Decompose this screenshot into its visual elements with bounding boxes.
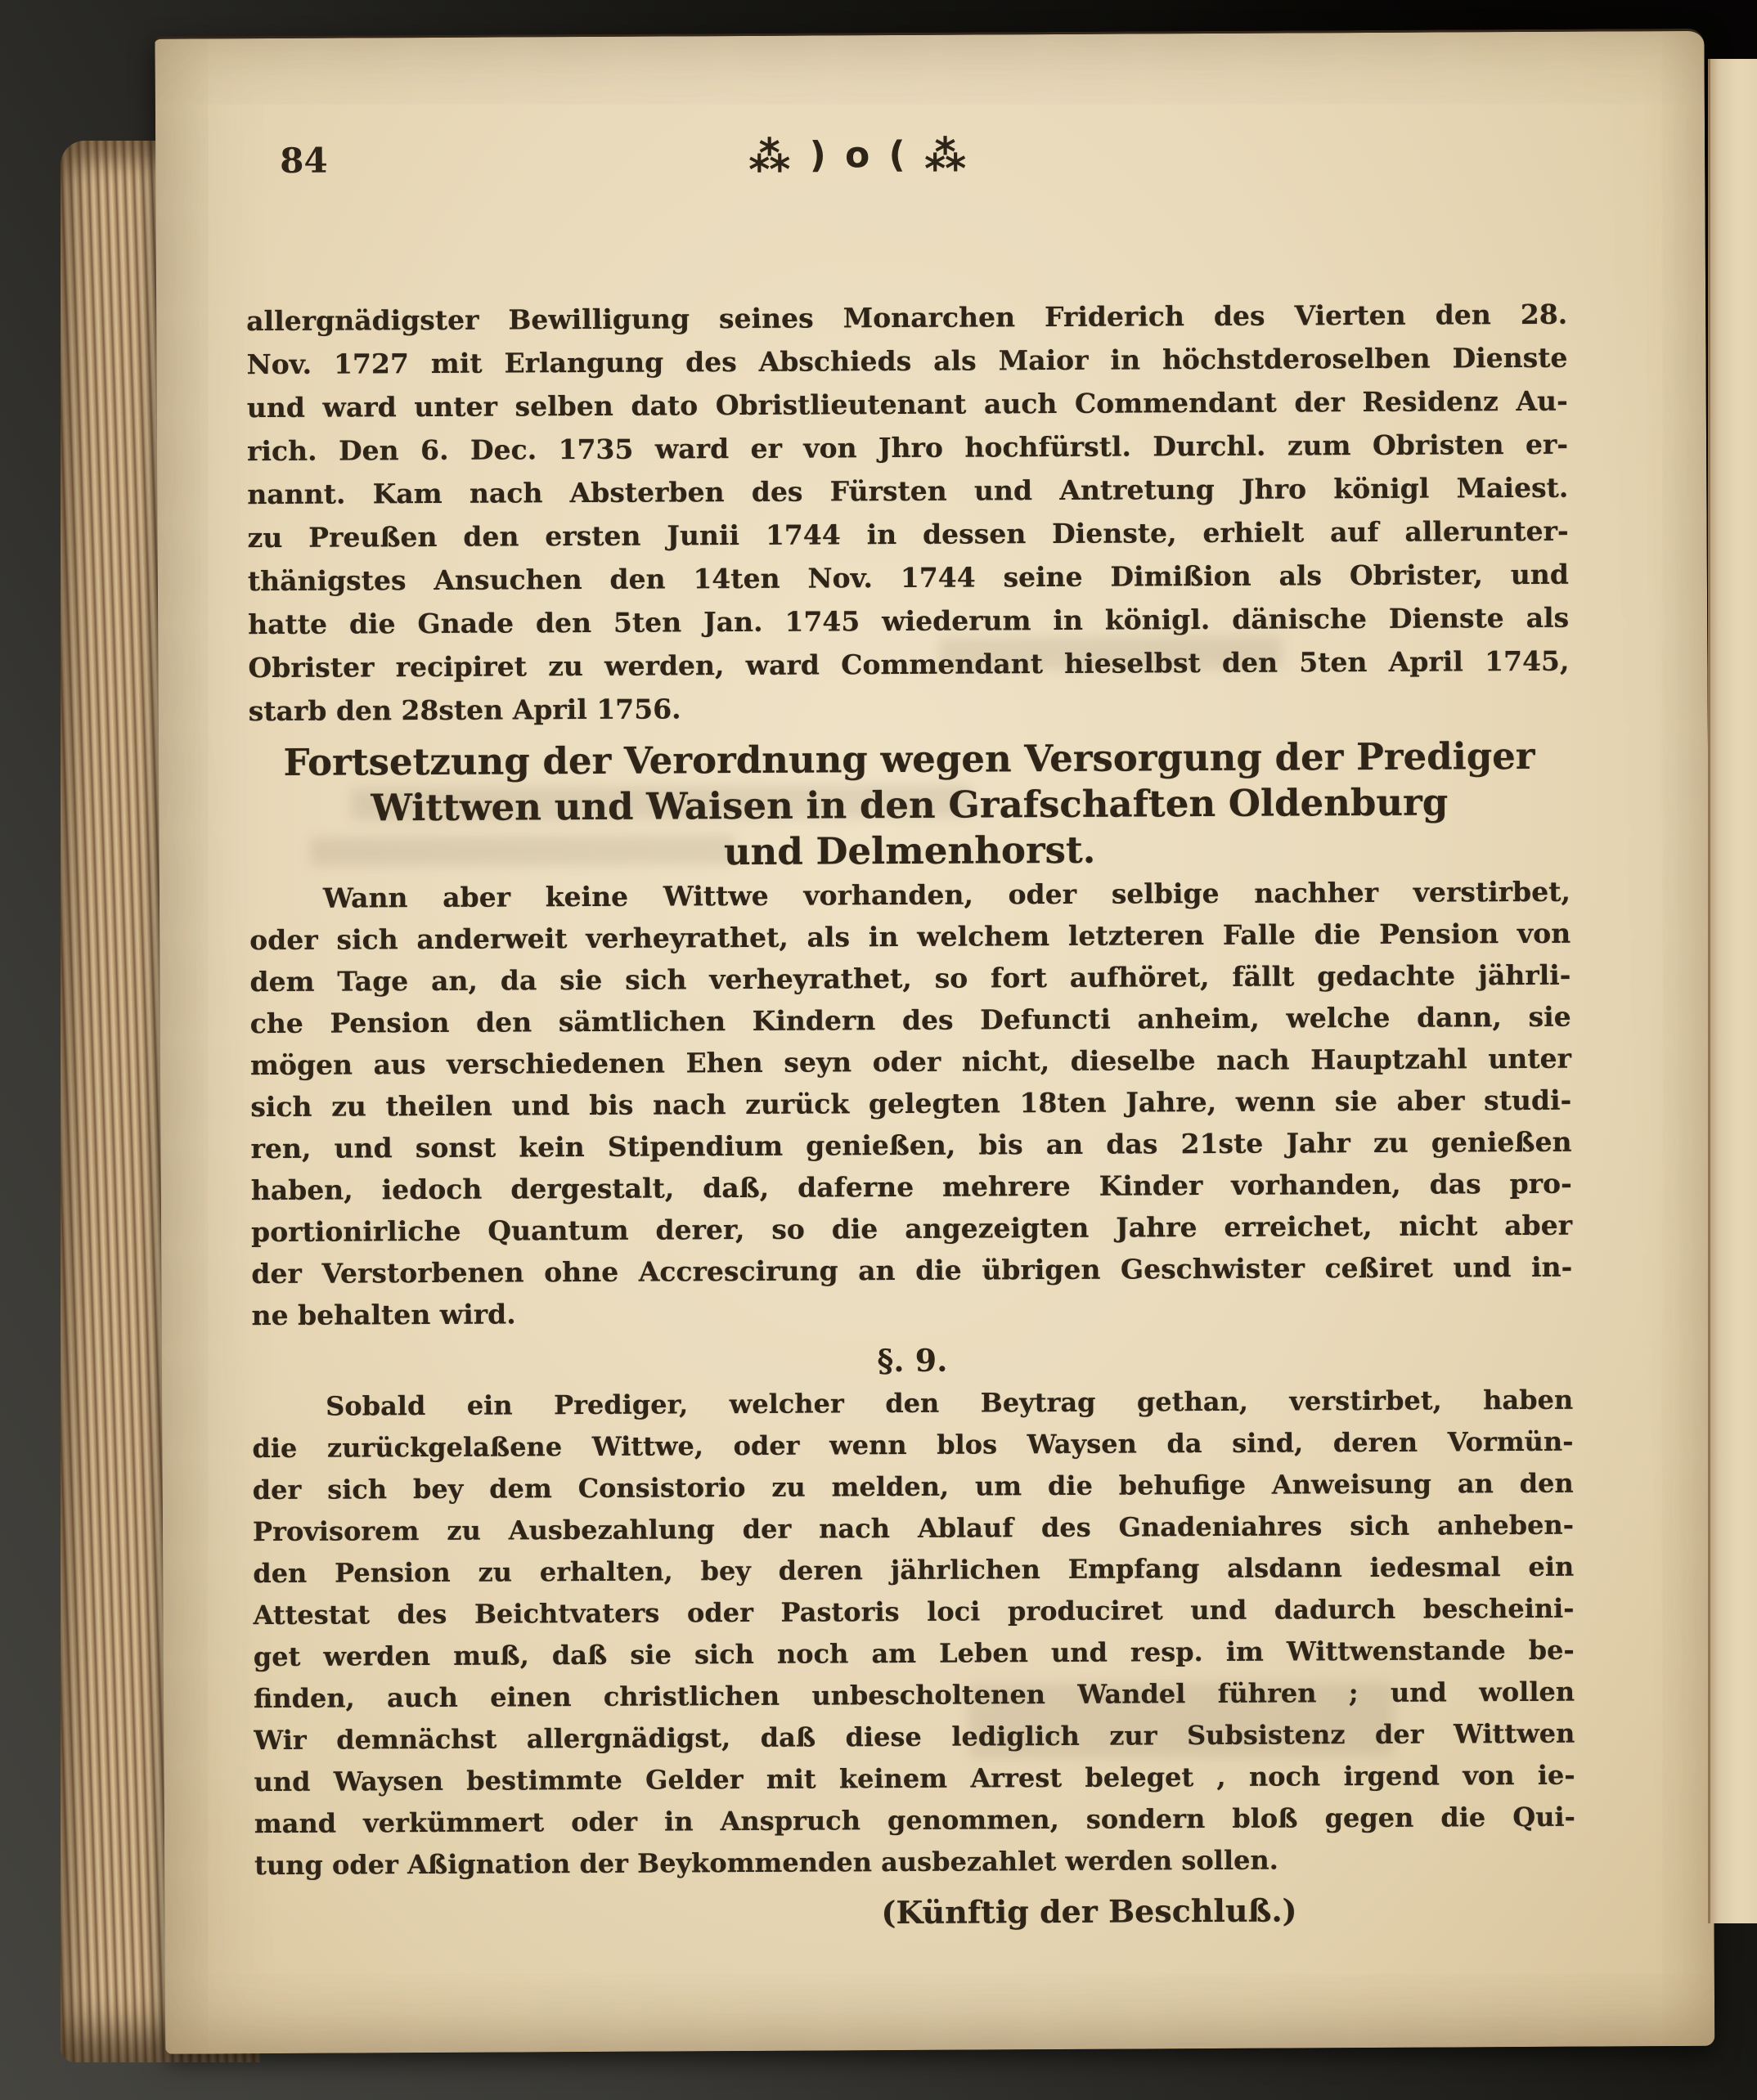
- book: 84 ⁂ ) o ( ⁂ allergnädigster Bewilligung…: [0, 0, 1757, 2100]
- text-line: der Verstorbenen ohne Accrescirung an di…: [251, 1254, 1572, 1302]
- widows-paragraph: Wann aber keine Wittwe vorhanden, oder s…: [249, 878, 1573, 1344]
- floral-ornament-icon: ⁂: [748, 133, 793, 181]
- ornament-separator: ) o (: [793, 134, 924, 177]
- header-ornament: ⁂ ) o ( ⁂: [245, 129, 1472, 183]
- text-line: starb den 28sten April 1756.: [249, 691, 1570, 741]
- text-line: Obrister recipiret zu werden, ward Comme…: [248, 648, 1569, 698]
- text-line: tung oder Aßignation der Beykommenden au…: [254, 1846, 1575, 1894]
- floral-ornament-icon: ⁂: [924, 132, 969, 180]
- heading-line: Wittwen und Waisen in den Grafschaften O…: [249, 783, 1570, 836]
- heading-line: und Delmenhorst.: [249, 829, 1571, 882]
- text-line: ne behalten wird.: [252, 1295, 1573, 1344]
- next-page-edge: [1708, 59, 1757, 1923]
- closing-line: (Künftig der Beschluß.): [881, 1891, 1296, 1931]
- text-line: mand verkümmert oder in Anspruch genomme…: [254, 1804, 1575, 1852]
- section-mark: §. 9.: [252, 1339, 1573, 1382]
- article-heading: Fortsetzung der Verordnung wegen Versorg…: [249, 738, 1571, 882]
- continuation-paragraph: allergnädigster Bewilligung seines Monar…: [246, 301, 1570, 741]
- section-9-paragraph: Sobald ein Prediger, welcher den Beytrag…: [252, 1387, 1575, 1894]
